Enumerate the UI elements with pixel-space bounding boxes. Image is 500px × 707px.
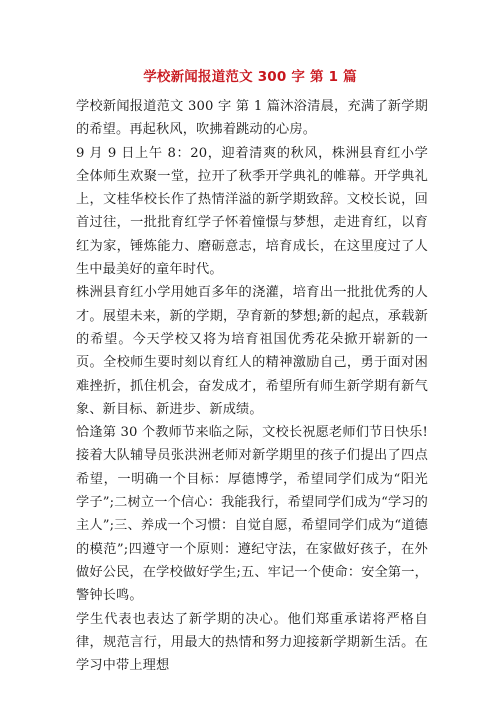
paragraph-2: 9 月 9 日上午 8：20，迎着清爽的秋风，株洲县育红小学全体师生欢聚一堂，拉… (76, 142, 428, 282)
paragraph-3: 株洲县育红小学用她百多年的浇灌，培育出一批批优秀的人才。展望未来，新的学期，孕育… (76, 281, 428, 421)
paragraph-5: 学生代表也表达了新学期的决心。他们郑重承诺将严格自律，规范言行，用最大的热情和努… (76, 608, 428, 678)
document-page: 学校新闻报道范文 300 字 第 1 篇 学校新闻报道范文 300 字 第 1 … (0, 0, 500, 707)
document-body: 学校新闻报道范文 300 字 第 1 篇沐浴清晨，充满了新学期的希望。再起秋风，… (76, 95, 428, 677)
paragraph-1: 学校新闻报道范文 300 字 第 1 篇沐浴清晨，充满了新学期的希望。再起秋风，… (76, 95, 428, 142)
document-title: 学校新闻报道范文 300 字 第 1 篇 (0, 65, 500, 85)
paragraph-4: 恰逢第 30 个教师节来临之际，文校长祝愿老师们节日快乐!接着大队辅导员张洪洲老… (76, 421, 428, 607)
